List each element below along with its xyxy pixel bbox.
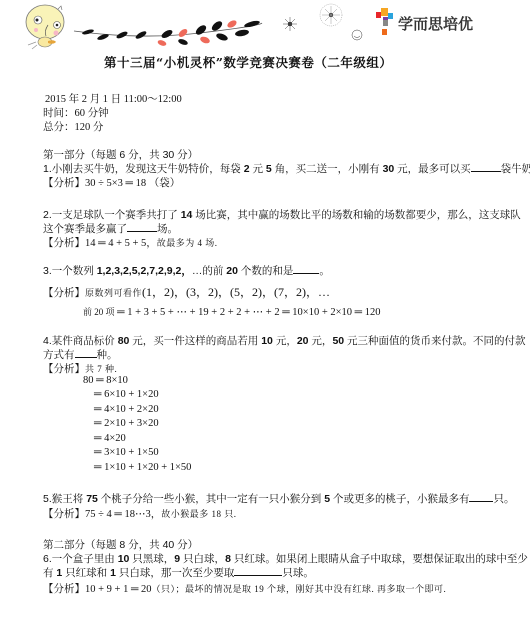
analysis-2: 【分析】14 ═ 4 + 5 + 5，故最多为 4 场. bbox=[43, 235, 218, 250]
analysis-tag: 【分析】 bbox=[43, 583, 85, 595]
analysis-tag: 【分析】 bbox=[43, 508, 85, 520]
q6-text: 只黑球， bbox=[129, 553, 174, 565]
q4-text: 方式有 bbox=[43, 349, 75, 361]
calc-4-line: ═ 2×10 + 3×20 bbox=[94, 418, 159, 429]
calc-4-line: ═ 1×10 + 1×20 + 1×50 bbox=[94, 462, 191, 473]
calc-4-line: ═ 4×20 bbox=[94, 433, 126, 444]
brand-logo-icon bbox=[376, 8, 393, 35]
q5-text: 个或更多的桃子，小猴最多有 bbox=[330, 493, 469, 505]
q2-text: 场比赛，其中赢的场数比平的场数和输的场数都要少，那么，这支球队 bbox=[192, 209, 520, 221]
analysis-tag: 【分析】 bbox=[43, 287, 85, 299]
q3-sequence: 1,2,3,2,5,2,7,2,9,2， bbox=[97, 265, 192, 277]
q2-text: 这个赛季最多赢了 bbox=[43, 223, 127, 235]
q6-text: 只球。 bbox=[282, 567, 314, 579]
exam-date: 2015 年 2 月 1 日 11:00～12:00 bbox=[45, 91, 182, 106]
question-1: 1.小刚去买牛奶，发现这天牛奶特价，每袋 2 元 5 角，买二送一，小刚有 30… bbox=[43, 161, 530, 176]
mascot-chick-icon bbox=[26, 5, 64, 49]
q2-text: 场。 bbox=[157, 223, 178, 235]
section-heading-part2: 第二部分（每题 8 分，共 40 分） bbox=[43, 537, 198, 552]
question-4-line2: 方式有种。 bbox=[43, 347, 118, 362]
question-6-line2: 有 1 只红球和 1 只白球，那一次至少要取只球。 bbox=[43, 565, 314, 580]
q6-text: 只红球和 bbox=[62, 567, 110, 579]
q3-text: 个数的和是 bbox=[238, 265, 293, 277]
q1-text: 1.小刚去买牛奶，发现这天牛奶特价，每袋 bbox=[43, 163, 244, 175]
q4-num: 50 bbox=[332, 335, 344, 347]
question-6: 6.一个盒子里由 10 只黑球，9 只白球，8 只红球。如果闭上眼睛从盒子中取球… bbox=[43, 551, 528, 566]
analysis-6: 【分析】10 + 9 + 1 ═ 20（只）；最坏的情况是取 19 个球，刚好其… bbox=[43, 581, 446, 596]
calc-4-line: ═ 3×10 + 1×50 bbox=[94, 447, 159, 458]
analysis-expr: 14 ═ 4 + 5 + 5， bbox=[85, 238, 157, 249]
analysis-note: 原数列可看作 bbox=[85, 288, 142, 298]
analysis-3: 【分析】原数列可看作(1，2)，(3，2)，(5，2)，(7，2)，… bbox=[43, 283, 330, 300]
q5-text: 5.猴王将 bbox=[43, 493, 86, 505]
analysis-1: 【分析】30 ÷ 5×3 ═ 18 （袋） bbox=[43, 175, 180, 190]
question-5: 5.猴王将 75 个桃子分给一些小猴，其中一定有一只小猴分到 5 个或更多的桃子… bbox=[43, 491, 514, 506]
analysis-note: 共 7 种. bbox=[85, 364, 117, 374]
q2-text: 2.一支足球队一个赛季共打了 bbox=[43, 209, 181, 221]
analysis-note: 故最多为 4 场. bbox=[157, 238, 218, 248]
calc-4-line: ═ 6×10 + 1×20 bbox=[94, 389, 159, 400]
calc-3: 前 20 项 ═ 1 + 3 + 5 + ⋯ + 19 + 2 + 2 + ⋯ … bbox=[83, 305, 380, 318]
analysis-5: 【分析】75 ÷ 4 ═ 18⋯3，故小猴最多 18 只. bbox=[43, 506, 236, 521]
analysis-pairs: (1，2)，(3，2)，(5，2)，(7，2)，… bbox=[142, 285, 330, 299]
analysis-note: （只）；最坏的情况是取 19 个球，刚好其中没有红球. 再多取一个即可. bbox=[152, 584, 447, 594]
q3-text: 。 bbox=[319, 265, 330, 277]
question-2-line2: 这个赛季最多赢了场。 bbox=[43, 221, 178, 236]
exam-total-score: 总分：120 分 bbox=[43, 119, 103, 134]
answer-blank bbox=[234, 566, 282, 576]
page-title: 第十三届“小机灵杯”数学竞赛决赛卷（二年级组） bbox=[104, 53, 392, 71]
q4-text: 4.某件商品标价 bbox=[43, 335, 118, 347]
q6-num: 10 bbox=[118, 553, 130, 565]
q4-text: 元，买一件这样的商品若用 bbox=[129, 335, 261, 347]
q3-text: 3.一个数列 bbox=[43, 265, 97, 277]
answer-blank bbox=[293, 264, 319, 274]
q1-num: 30 bbox=[383, 163, 395, 175]
q6-text: 有 bbox=[43, 567, 56, 579]
analysis-tag: 【分析】 bbox=[43, 177, 85, 189]
q4-num: 80 bbox=[118, 335, 130, 347]
q4-num: 20 bbox=[297, 335, 309, 347]
analysis-4: 【分析】共 7 种. bbox=[43, 361, 117, 376]
calc-expr: ═ 1 + 3 + 5 + ⋯ + 19 + 2 + 2 + ⋯ + 2 ═ 1… bbox=[117, 307, 380, 318]
q1-text: 元，最多可以买 bbox=[394, 163, 470, 175]
analysis-expr: 10 + 9 + 1 ═ 20 bbox=[85, 584, 152, 595]
answer-blank bbox=[127, 222, 157, 232]
section-heading-part1: 第一部分（每题 6 分，共 30 分） bbox=[43, 147, 198, 162]
q1-text: 元 bbox=[250, 163, 266, 175]
q5-text: 个桃子分给一些小猴，其中一定有一只小猴分到 bbox=[98, 493, 324, 505]
q4-text: 种。 bbox=[97, 349, 118, 361]
q4-num: 10 bbox=[261, 335, 273, 347]
analysis-text: 30 ÷ 5×3 ═ 18 （袋） bbox=[85, 178, 180, 189]
q5-text: 只。 bbox=[493, 493, 514, 505]
q4-text: 元三种面值的货币来付款。不同的付款 bbox=[344, 335, 525, 347]
calc-4-line: ═ 4×10 + 2×20 bbox=[94, 404, 159, 415]
q5-num: 75 bbox=[86, 493, 98, 505]
q2-num: 14 bbox=[181, 209, 193, 221]
analysis-tag: 【分析】 bbox=[43, 237, 85, 249]
q4-text: 元， bbox=[273, 335, 297, 347]
q1-text: 袋牛奶。 bbox=[501, 163, 530, 175]
q6-text: 只红球。如果闭上眼睛从盒子中取球，要想保证取出的球中至少 bbox=[231, 553, 528, 565]
exam-duration: 时间：60 分钟 bbox=[43, 105, 109, 120]
q6-text: 只白球，那一次至少要取 bbox=[116, 567, 234, 579]
question-4: 4.某件商品标价 80 元，买一件这样的商品若用 10 元，20 元，50 元三… bbox=[43, 333, 526, 348]
header-banner: 学而思培优 bbox=[0, 0, 530, 52]
question-3: 3.一个数列 1,2,3,2,5,2,7,2,9,2，…的前 20 个数的和是。 bbox=[43, 263, 330, 278]
analysis-note: 故小猴最多 18 只. bbox=[161, 509, 236, 519]
q6-text: 只白球， bbox=[180, 553, 225, 565]
q3-text: …的前 bbox=[192, 265, 226, 277]
vine-leaves-icon bbox=[74, 19, 262, 47]
brand-name: 学而思培优 bbox=[398, 13, 473, 34]
calc-4-line: 80 ═ 8×10 bbox=[83, 375, 128, 386]
q3-num: 20 bbox=[226, 265, 238, 277]
answer-blank bbox=[471, 162, 501, 172]
analysis-tag: 【分析】 bbox=[43, 363, 85, 375]
analysis-expr: 75 ÷ 4 ═ 18⋯3， bbox=[85, 509, 161, 520]
q1-text: 角，买二送一，小刚有 bbox=[272, 163, 383, 175]
dandelion-icon bbox=[283, 4, 362, 40]
q4-text: 元， bbox=[309, 335, 333, 347]
calc-note: 前 20 项 bbox=[83, 307, 115, 317]
answer-blank bbox=[469, 492, 493, 502]
answer-blank bbox=[75, 348, 97, 358]
q6-text: 6.一个盒子里由 bbox=[43, 553, 118, 565]
question-2: 2.一支足球队一个赛季共打了 14 场比赛，其中赢的场数比平的场数和输的场数都要… bbox=[43, 207, 521, 222]
